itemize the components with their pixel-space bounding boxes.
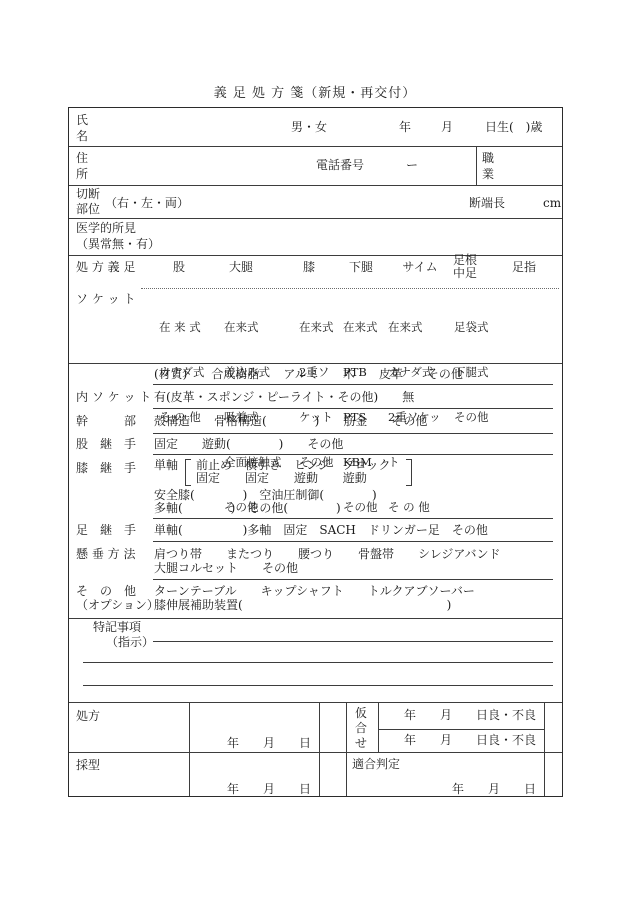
birth-year-label: 年 [399, 120, 411, 134]
sex-options: 男・女 [291, 120, 327, 134]
phone-dash: ー [406, 158, 418, 172]
knee-joint-options-3: 多軸( ) その他( ) [154, 501, 341, 515]
knee-option-col: ブロック 遊動 [343, 459, 391, 486]
fitting-row-divider [378, 729, 544, 730]
fitting-row-2: 年 月 日良・不良 [378, 733, 536, 747]
bottom-col-divider [319, 702, 320, 796]
knee-option: 固定 [196, 472, 232, 485]
socket-option: そ の 他 [388, 500, 441, 515]
trunk-label: 幹 部 [76, 414, 136, 428]
bracket-left [185, 459, 191, 486]
foot-joint-options: 単軸( )多軸 固定 SACH ドリンガー足 その他 [154, 523, 488, 537]
socket-option: その他 [343, 500, 378, 515]
birth-day-age-label: 日生( )歳 [485, 120, 542, 134]
knee-joint-uniaxial-group: 単軸 前止め 固定 横引き 固定 ヒンジ 遊動 ブロック 遊動 [154, 459, 412, 486]
stump-length-label: 断端長 [469, 196, 505, 210]
options-label: そ の 他 [76, 584, 136, 598]
knee-uniaxial-label: 単軸 [154, 459, 178, 472]
material-options: (材質) 合成樹脂 アルミ 木 皮革 その他 [154, 367, 463, 381]
fit-judgement-date: 年 月 日 [346, 782, 536, 796]
findings-label: 医学的所見 [76, 221, 136, 235]
birth-month-label: 月 [441, 120, 453, 134]
prosthesis-col-syme: サイム [402, 260, 437, 274]
row-divider [69, 146, 562, 147]
bottom-col-divider [544, 702, 545, 796]
field-divider [153, 579, 553, 580]
stump-unit: cm [543, 196, 561, 210]
name-label: 氏名 [76, 112, 90, 144]
notes-label: 特記事項 [93, 620, 141, 634]
socket-option: 足袋式 [454, 320, 489, 335]
knee-joint-options-2: 安全膝( ) 空油圧制御( ) [154, 488, 377, 502]
options-sublabel: （オプション） [76, 598, 159, 612]
knee-option: 遊動 [343, 472, 391, 485]
knee-option: 固定 [245, 472, 281, 485]
row-divider [69, 752, 562, 753]
socket-label: ソ ケ ッ ト [76, 292, 135, 306]
notes-sublabel: （指示） [106, 635, 154, 649]
findings-options: （異常無・有） [76, 237, 160, 251]
hip-joint-options: 固定 遊動( ) その他 [154, 437, 343, 451]
prescription-label: 処方 [76, 709, 100, 723]
side-options: （右・左・両） [105, 196, 189, 210]
prosthesis-col-toe: 足指 [512, 260, 536, 274]
row-divider [69, 185, 562, 186]
prosthesis-col-tarsal: 足根中足 [451, 254, 479, 280]
suspension-options-2: 大腿コルセット その他 [154, 561, 298, 575]
prescription-date: 年 月 日 [189, 736, 311, 750]
casting-label: 採型 [76, 758, 100, 772]
prosthesis-col-hip: 股 [173, 260, 185, 274]
options-line-2: 膝伸展補助装置( ) [154, 598, 451, 612]
job-label: 職業 [482, 150, 496, 182]
knee-joint-label: 膝 継 手 [76, 461, 136, 475]
row-divider [69, 255, 562, 256]
socket-option: 在来式 [388, 320, 441, 335]
socket-option: その他 [454, 410, 489, 425]
form-table: 氏名 男・女 年 月 日生( )歳 住所 電話番号 ー 職業 切断部位 （右・左… [68, 107, 563, 797]
job-cell-divider [476, 146, 477, 185]
prosthetic-leg-prescription-form: 義 足 処 方 箋（新規・再交付） 氏名 男・女 [0, 0, 630, 915]
amputation-site-label: 切断部位 [76, 187, 102, 217]
prosthesis-col-thigh: 大腿 [229, 260, 253, 274]
phone-label: 電話番号 [316, 158, 364, 172]
prosthesis-col-lowerleg: 下腿 [349, 260, 373, 274]
row-divider [69, 702, 562, 703]
knee-option-col: 前止め 固定 [196, 459, 232, 486]
notes-line [83, 662, 553, 663]
fitting-label: 仮合せ [355, 706, 369, 751]
foot-joint-label: 足 継 手 [76, 523, 136, 537]
suspension-options-1: 肩つり帯 またつり 腰つり 骨盤帯 シレジアバンド [154, 547, 500, 561]
socket-option: 在来式 [299, 320, 334, 335]
fitting-row-1: 年 月 日良・不良 [378, 708, 536, 722]
address-label: 住所 [76, 150, 90, 182]
fit-judgement-label: 適合判定 [352, 757, 400, 771]
options-line-1: ターンテーブル キップシャフト トルクアブソーバー [154, 584, 475, 598]
notes-line [83, 685, 553, 686]
prosthesis-label: 処 方 義 足 [76, 260, 135, 274]
socket-option: 在 来 式 [159, 320, 204, 335]
bracket-right [406, 459, 412, 486]
knee-option-col: ヒンジ 遊動 [294, 459, 330, 486]
form-title: 義 足 処 方 箋（新規・再交付） [0, 82, 630, 101]
socket-option: 在来式 [224, 320, 282, 335]
row-divider [69, 618, 562, 619]
knee-option-col: 横引き 固定 [245, 459, 281, 486]
inner-socket-label: 内 ソ ケ ッ ト [76, 390, 151, 404]
trunk-options: 殻構造 骨格構造( ) 筋金 その他 [154, 414, 427, 428]
hip-joint-label: 股 継 手 [76, 437, 136, 451]
suspension-label: 懸 垂 方 法 [76, 547, 135, 561]
row-divider [69, 218, 562, 219]
dotted-divider [141, 288, 559, 289]
inner-socket-options: 有(皮革・スポンジ・ピーライト・その他) 無 [154, 390, 414, 404]
notes-line [153, 641, 553, 642]
prosthesis-col-knee: 膝 [303, 260, 315, 274]
casting-date: 年 月 日 [189, 782, 311, 796]
knee-option: 遊動 [294, 472, 330, 485]
socket-option: 在来式 [343, 320, 378, 335]
